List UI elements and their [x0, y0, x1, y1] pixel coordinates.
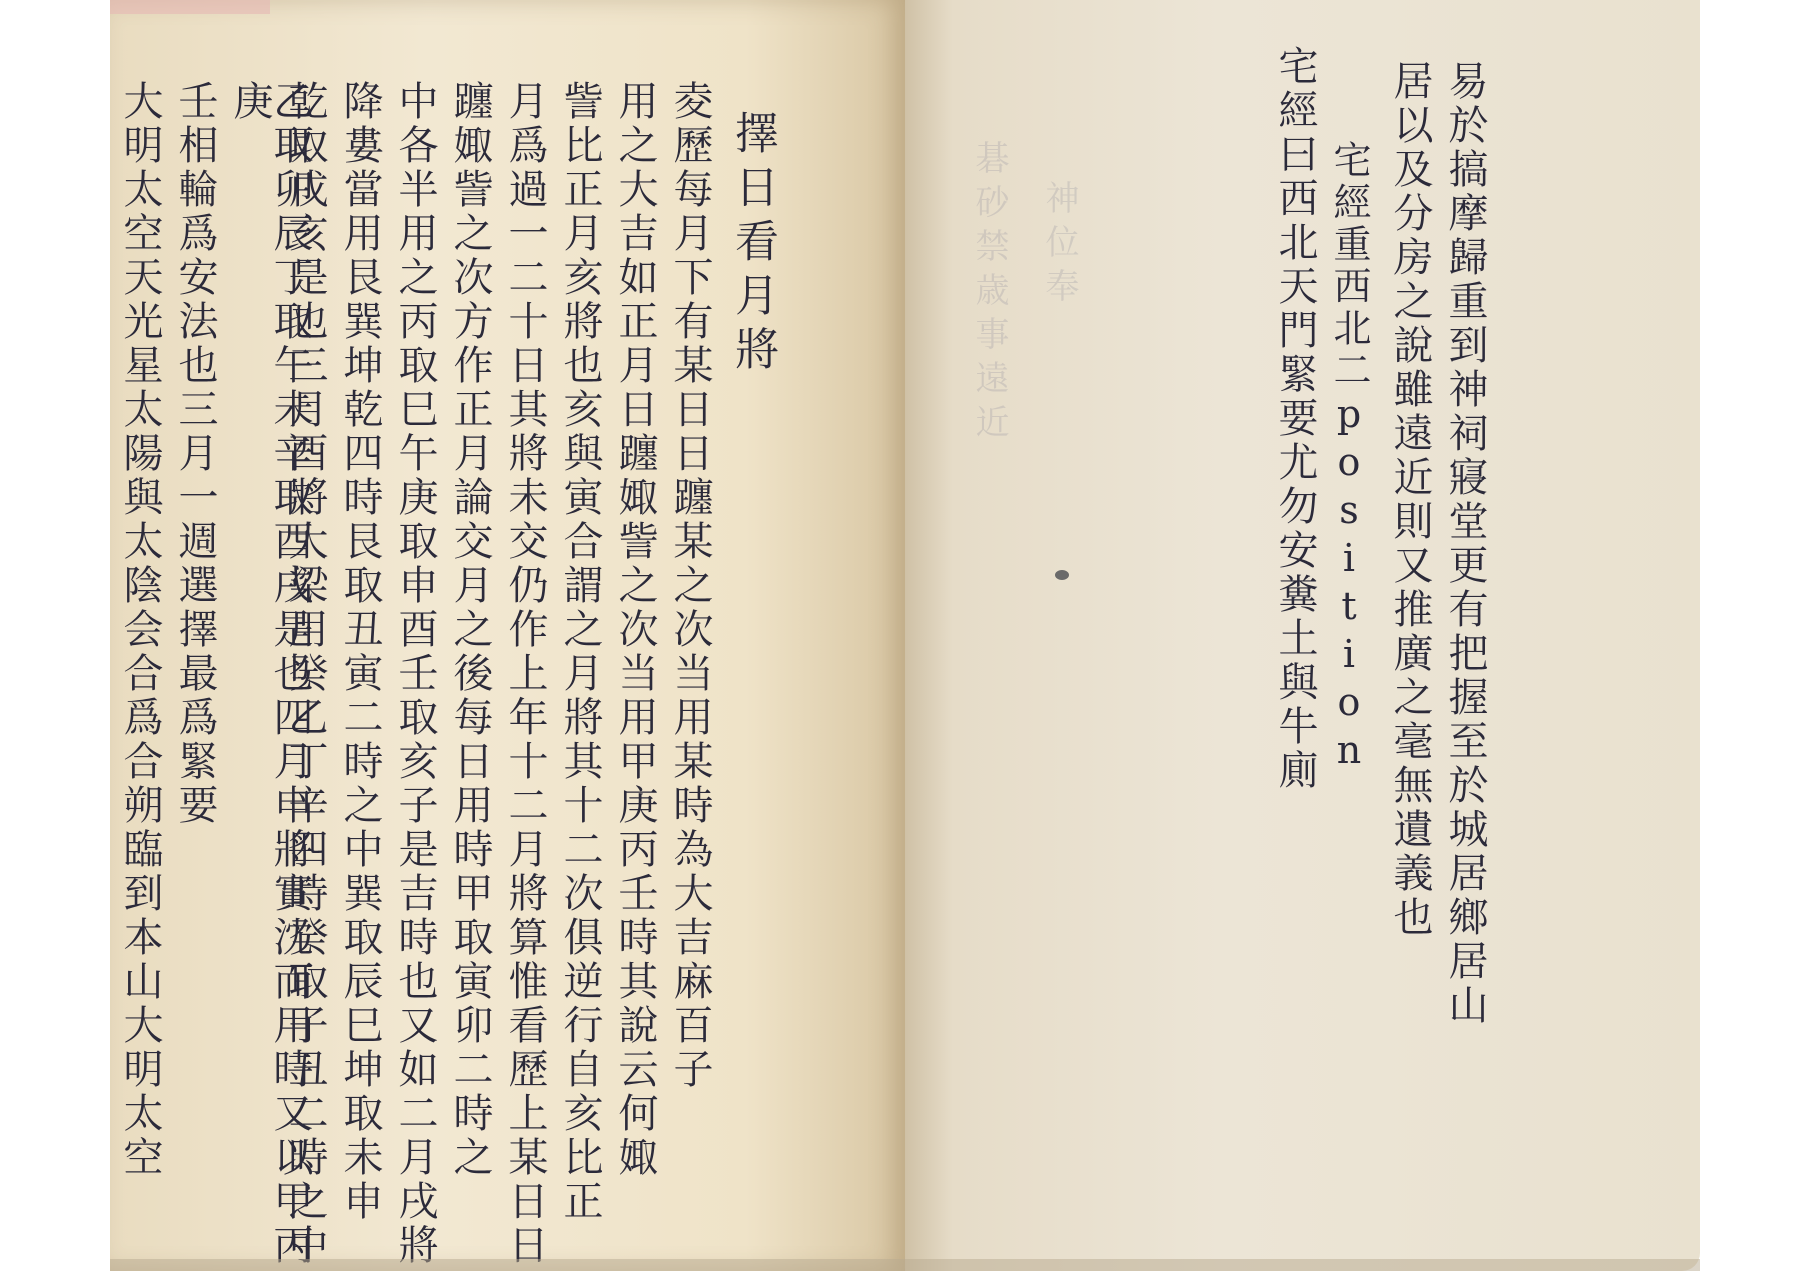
right-column-3: 宅經重西北二position [1330, 140, 1368, 776]
right-column-1: 易於搞摩歸重到神祠寢堂更有把握至於城居鄉居山 [1445, 60, 1485, 1028]
left-column-4: 月爲過一二十日其將未交仍作上年十二月將算惟看歷上某日日 [505, 80, 545, 1268]
left-column-6: 中各半用之丙取巳午庚取申酉壬取亥子是吉時也又如二月戌將 [395, 80, 435, 1268]
book-spread: 擇日看月將 夌歷每月下有某日日躔某之次当用某時為大吉麻百子 用之大吉如正月日躔娵… [110, 0, 1700, 1271]
left-column-10: 壬相輪爲安法也三月一週選擇最爲緊要 [175, 80, 215, 828]
page-edge [110, 1259, 1700, 1271]
left-column-9: 乙取卯辰丁取午未辛取酉戌是也四月申將實沈而用時又以甲丙庚 [230, 80, 310, 1271]
right-page: 碁砂禁歳事遠近 神位奉 易於搞摩歸重到神祠寢堂更有把握至於城居鄉居山 居以及分房… [905, 0, 1700, 1271]
left-column-7: 降婁當用艮巽坤乾四時艮取丑寅二時之中巽取辰巳坤取未申 [340, 80, 380, 1224]
ink-spot [1055, 570, 1069, 580]
bleed-through-text: 碁砂禁歳事遠近 [965, 140, 1014, 448]
right-column-4: 宅經曰西北天門緊要尤勿安糞土與牛廁 [1275, 45, 1315, 793]
left-page: 擇日看月將 夌歷每月下有某日日躔某之次当用某時為大吉麻百子 用之大吉如正月日躔娵… [110, 0, 905, 1271]
bleed-through-text: 神位奉 [1035, 180, 1084, 312]
left-column-2: 用之大吉如正月日躔娵訾之次当用甲庚丙壬時其說云何娵 [615, 80, 655, 1180]
left-column-11: 大明太空天光星太陽與太陰会合爲合朔臨到本山大明太空 [120, 80, 160, 1180]
left-column-3: 訾比正月亥將也亥與寅合謂之月將其十二次俱逆行自亥比正 [560, 80, 600, 1224]
left-column-5: 躔娵訾之次方作正月論交月之後每日用時甲取寅卯二時之 [450, 80, 490, 1180]
right-column-2: 居以及分房之說雖遠近則又推廣之毫無遺義也 [1390, 60, 1430, 940]
left-page-title: 擇日看月將 [730, 110, 774, 380]
left-column-1: 夌歷每月下有某日日躔某之次当用某時為大吉麻百子 [670, 80, 710, 1092]
